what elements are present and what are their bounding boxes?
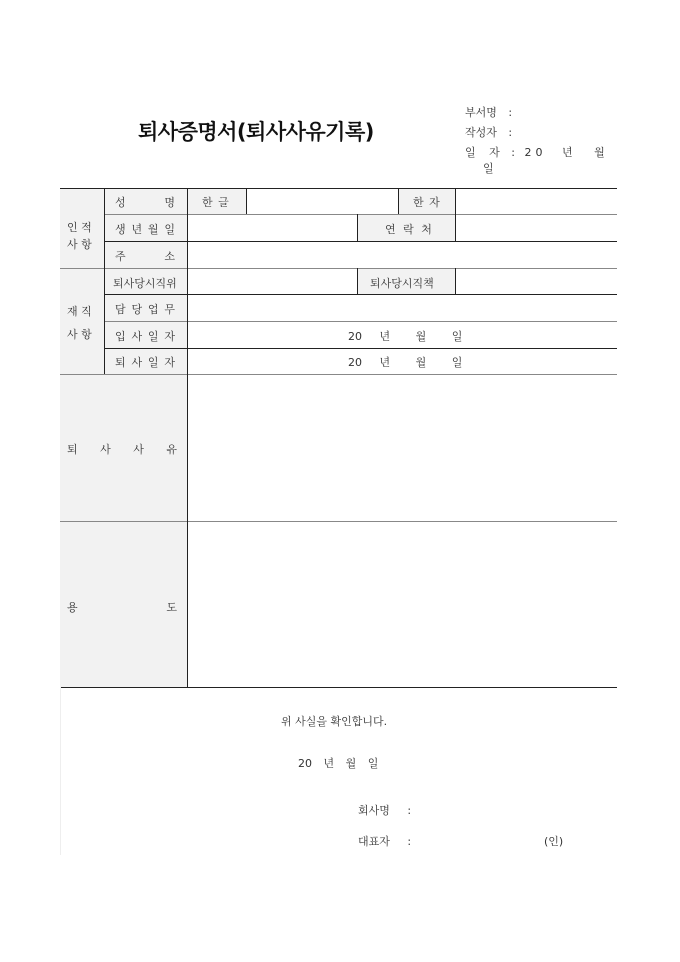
col-divider: [104, 188, 105, 374]
colon: :: [508, 106, 512, 119]
seal-mark: (인): [544, 833, 563, 849]
col-divider: [357, 268, 358, 294]
hanja-label: 한 자: [413, 194, 441, 210]
title-input[interactable]: [456, 269, 616, 294]
company-field[interactable]: 회사명 :: [358, 802, 411, 818]
duty-label: 담당업무: [115, 301, 175, 317]
address-input[interactable]: [188, 242, 616, 268]
date-field[interactable]: 일 자 : 20 년 월 일: [465, 144, 625, 176]
employment-section-label: 사 항: [67, 326, 92, 342]
position-label: 퇴사당시직위: [113, 275, 177, 291]
department-field[interactable]: 부서명 :: [465, 104, 512, 120]
title-label: 퇴사당시직책: [370, 275, 434, 291]
name-hanja-input[interactable]: [456, 189, 616, 214]
purpose-label: 용도: [67, 599, 177, 615]
leave-date-label: 퇴사일자: [115, 354, 175, 370]
position-input[interactable]: [188, 269, 356, 294]
date-label-1: 일: [465, 144, 476, 160]
page-title: 퇴사증명서(퇴사사유기록): [138, 116, 374, 146]
company-label: 회사명: [358, 804, 390, 817]
name-label: 성명: [115, 194, 175, 210]
hangul-label: 한 글: [202, 194, 230, 210]
date-year: 20: [525, 146, 547, 159]
footer-date[interactable]: 20 년 월 일: [298, 755, 378, 771]
purpose-textarea[interactable]: [188, 522, 616, 687]
join-date-input[interactable]: 20 년 월 일: [348, 328, 462, 344]
ceo-label: 대표자: [358, 835, 390, 848]
row-divider: [104, 348, 617, 349]
ceo-field[interactable]: 대표자 :: [358, 833, 411, 849]
month-unit: 월: [594, 144, 605, 160]
author-field[interactable]: 작성자 :: [465, 124, 512, 140]
name-hangul-input[interactable]: [247, 189, 397, 214]
col-divider: [398, 188, 399, 214]
colon: :: [511, 146, 515, 159]
personal-section-label: 인 적: [67, 219, 92, 235]
birth-label: 생년월일: [115, 221, 175, 237]
contact-input[interactable]: [456, 215, 616, 241]
col-divider: [357, 214, 358, 241]
leave-date-input[interactable]: 20 년 월 일: [348, 354, 462, 370]
confirm-text: 위 사실을 확인합니다.: [281, 713, 387, 729]
employment-section-label: 재 직: [67, 303, 92, 319]
reason-textarea[interactable]: [188, 375, 616, 521]
reason-label: 퇴사사유: [67, 441, 177, 457]
table-bottom-border: [60, 687, 617, 688]
day-unit: 일: [483, 160, 494, 176]
footer-left-edge: [60, 687, 61, 855]
address-label: 주소: [115, 248, 175, 264]
birth-input[interactable]: [188, 215, 356, 241]
date-label-2: 자: [489, 144, 500, 160]
year-unit: 년: [562, 144, 573, 160]
join-date-label: 입사일자: [115, 328, 175, 344]
row-divider: [104, 321, 617, 322]
department-label: 부서명: [465, 104, 497, 120]
duty-input[interactable]: [188, 295, 616, 321]
personal-section-label: 사 항: [67, 236, 92, 252]
colon: :: [508, 126, 512, 139]
author-label: 작성자: [465, 124, 497, 140]
contact-label: 연 락 처: [385, 221, 434, 237]
